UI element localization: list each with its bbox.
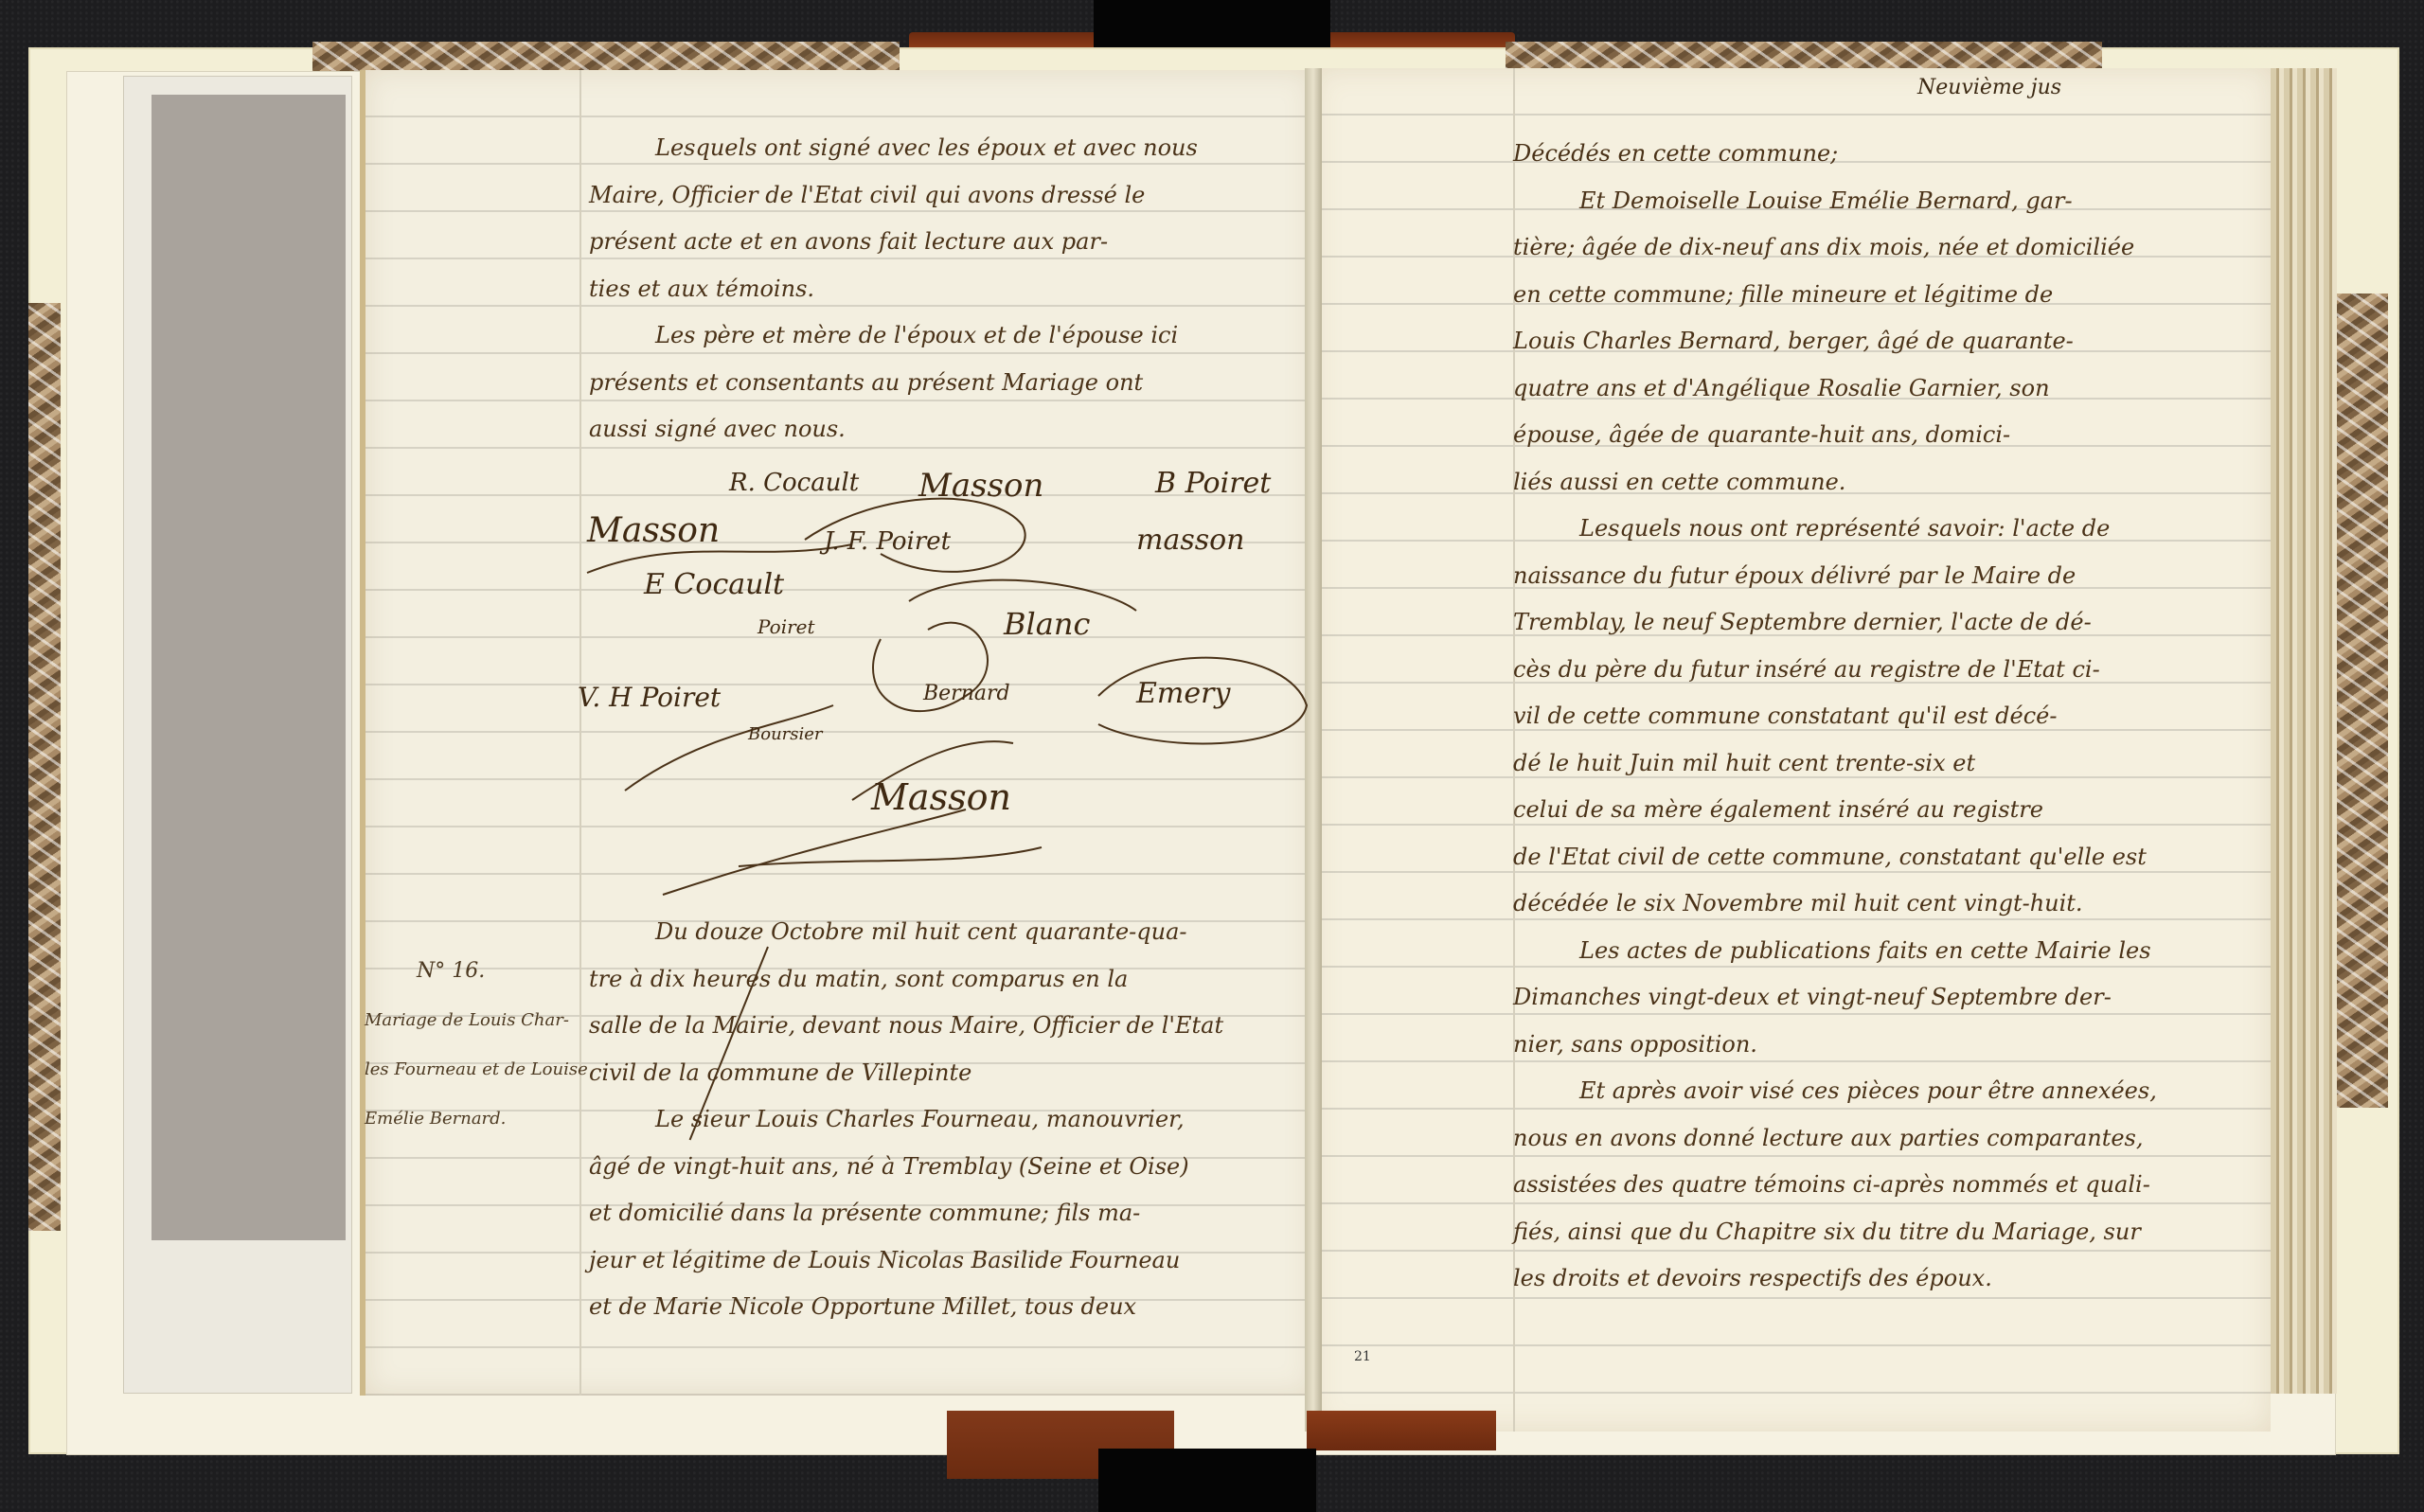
text-line: Et Demoiselle Louise Emélie Bernard, gar…: [1513, 178, 2261, 225]
text-line: Tremblay, le neuf Septembre dernier, l'a…: [1513, 599, 2261, 647]
signature: Masson: [918, 467, 1043, 505]
text-line: présent acte et en avons fait lecture au…: [589, 219, 1309, 266]
left-page-closing-text: Lesquels ont signé avec les époux et ave…: [589, 125, 1309, 454]
signature: E Cocault: [644, 568, 784, 601]
text-line: celui de sa mère également inséré au reg…: [1513, 787, 2261, 834]
entry-number: N° 16.: [365, 947, 578, 996]
signature: Blanc: [1004, 606, 1090, 642]
text-line: quatre ans et d'Angélique Rosalie Garnie…: [1513, 365, 2261, 413]
text-line: Louis Charles Bernard, berger, âgé de qu…: [1513, 318, 2261, 365]
text-line: tre à dix heures du matin, sont comparus…: [589, 956, 1309, 1004]
text-line: salle de la Mairie, devant nous Maire, O…: [589, 1003, 1309, 1050]
signature: J. F. Poiret: [824, 527, 951, 556]
text-line: vil de cette commune constatant qu'il es…: [1513, 693, 2261, 740]
signature: Poiret: [757, 615, 815, 638]
text-line: Lesquels nous ont représenté savoir: l'a…: [1513, 506, 2261, 553]
text-line: Le sieur Louis Charles Fourneau, manouvr…: [589, 1096, 1309, 1144]
text-line: Lesquels ont signé avec les époux et ave…: [589, 125, 1309, 172]
signature-block: R. Cocault Masson B Poiret Masson J. F. …: [568, 450, 1316, 923]
text-line: dé le huit Juin mil huit cent trente-six…: [1513, 740, 2261, 788]
text-line: assistées des quatre témoins ci-après no…: [1513, 1162, 2261, 1209]
text-line: Décédés en cette commune;: [1513, 131, 2261, 178]
text-line: Maire, Officier de l'Etat civil qui avon…: [589, 172, 1309, 220]
margin-line: Emélie Bernard.: [365, 1094, 578, 1144]
signature: Emery: [1136, 677, 1230, 710]
text-line: Et après avoir visé ces pièces pour être…: [1513, 1068, 2261, 1115]
margin-line: les Fourneau et de Louise: [365, 1045, 578, 1094]
marbled-strip-top-right: [1506, 42, 2102, 70]
text-line: aussi signé avec nous.: [589, 406, 1309, 454]
grey-insert-card: [151, 95, 346, 1240]
margin-annotation: N° 16. Mariage de Louis Char- les Fourne…: [365, 947, 578, 1144]
leather-spine-bottom-right: [1307, 1411, 1496, 1450]
text-line: décédée le six Novembre mil huit cent vi…: [1513, 881, 2261, 928]
signature: R. Cocault: [729, 469, 859, 497]
page-header-note: Neuvième jus: [1917, 76, 2061, 99]
text-line: nier, sans opposition.: [1513, 1022, 2261, 1069]
margin-line: Mariage de Louis Char-: [365, 996, 578, 1045]
text-line: liés aussi en cette commune.: [1513, 459, 2261, 507]
page-edges: [2271, 68, 2337, 1394]
signature: V. H Poiret: [578, 682, 721, 713]
text-line: et de Marie Nicole Opportune Millet, tou…: [589, 1284, 1309, 1331]
text-line: ties et aux témoins.: [589, 266, 1309, 313]
text-line: Les actes de publications faits en cette…: [1513, 928, 2261, 975]
text-line: épouse, âgée de quarante-huit ans, domic…: [1513, 412, 2261, 459]
spine-gap-bottom: [1098, 1449, 1316, 1512]
text-line: en cette commune; fille mineure et légit…: [1513, 272, 2261, 319]
text-line: les droits et devoirs respectifs des épo…: [1513, 1255, 2261, 1303]
marriage-entry-start: Du douze Octobre mil huit cent quarante-…: [589, 909, 1309, 1331]
text-line: cès du père du futur inséré au registre …: [1513, 647, 2261, 694]
text-line: Dimanches vingt-deux et vingt-neuf Septe…: [1513, 974, 2261, 1022]
text-line: âgé de vingt-huit ans, né à Tremblay (Se…: [589, 1144, 1309, 1191]
text-line: présents et consentants au présent Maria…: [589, 360, 1309, 407]
text-line: tière; âgée de dix-neuf ans dix mois, né…: [1513, 224, 2261, 272]
text-line: Les père et mère de l'époux et de l'épou…: [589, 312, 1309, 360]
folio-mark: 21: [1354, 1349, 1371, 1364]
text-line: nous en avons donné lecture aux parties …: [1513, 1115, 2261, 1163]
text-line: et domicilié dans la présente commune; f…: [589, 1190, 1309, 1237]
signature: Boursier: [748, 724, 823, 744]
marriage-entry-continued: Décédés en cette commune; Et Demoiselle …: [1513, 131, 2261, 1303]
text-line: civil de la commune de Villepinte: [589, 1050, 1309, 1097]
text-line: naissance du futur époux délivré par le …: [1513, 553, 2261, 600]
marbled-strip-left: [28, 303, 61, 1231]
signature: Bernard: [923, 682, 1010, 705]
signature: Masson: [587, 511, 720, 550]
marbled-strip-right: [2335, 294, 2388, 1108]
signature: B Poiret: [1155, 467, 1271, 500]
text-line: fiés, ainsi que du Chapitre six du titre…: [1513, 1209, 2261, 1256]
marbled-strip-top-left: [312, 42, 900, 74]
text-line: Du douze Octobre mil huit cent quarante-…: [589, 909, 1309, 956]
signature: masson: [1136, 524, 1245, 557]
text-line: jeur et légitime de Louis Nicolas Basili…: [589, 1237, 1309, 1285]
text-line: de l'Etat civil de cette commune, consta…: [1513, 834, 2261, 881]
signature: Masson: [871, 776, 1011, 818]
